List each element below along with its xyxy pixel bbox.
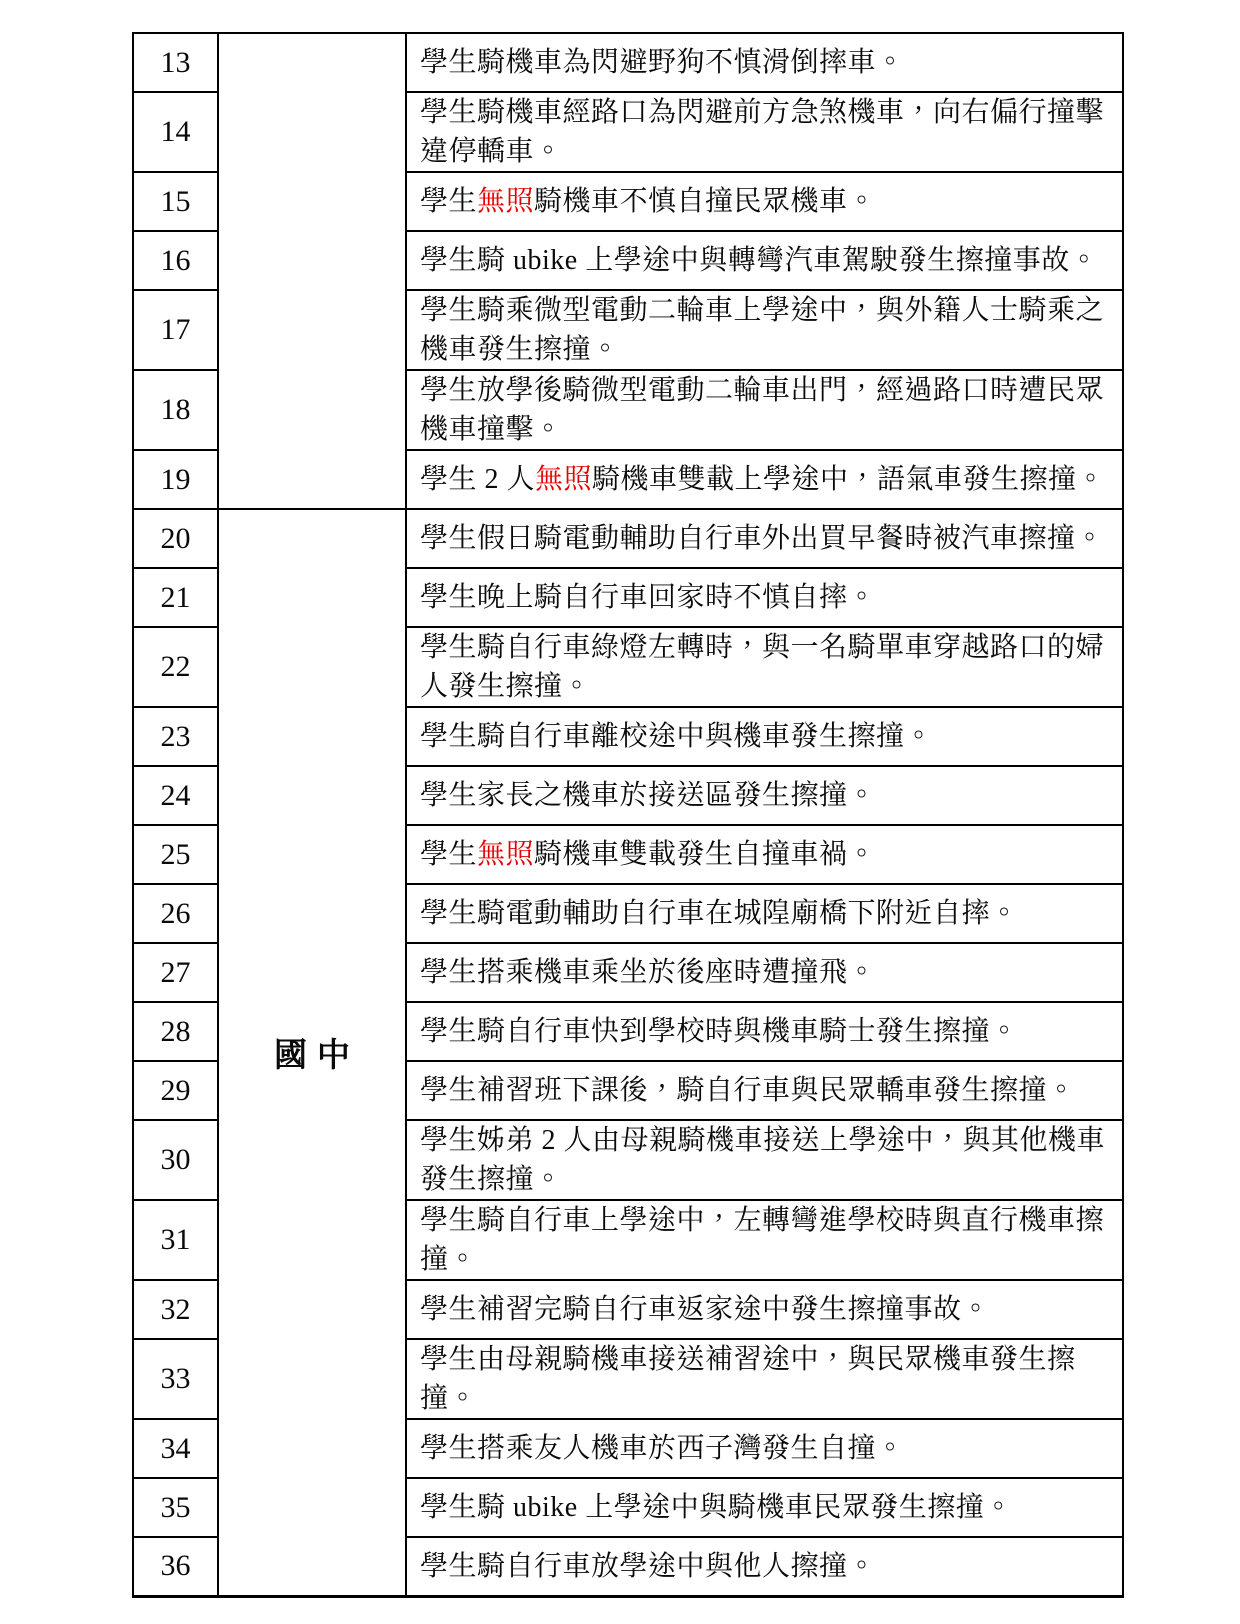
description-cell: 學生補習班下課後，騎自行車與民眾轎車發生擦撞。 <box>406 1061 1123 1120</box>
row-number-cell: 13 <box>133 33 218 92</box>
description-cell: 學生騎機車經路口為閃避前方急煞機車，向右偏行撞擊違停轎車。 <box>406 92 1123 172</box>
description-cell: 學生騎自行車快到學校時與機車騎士發生擦撞。 <box>406 1002 1123 1061</box>
description-cell: 學生搭乘友人機車於西子灣發生自撞。 <box>406 1419 1123 1478</box>
description-cell: 學生騎自行車綠燈左轉時，與一名騎單車穿越路口的婦人發生擦撞。 <box>406 627 1123 707</box>
description-text: 學生家長之機車於接送區發生擦撞。 <box>420 780 876 811</box>
description-cell: 學生騎 ubike 上學途中與轉彎汽車駕駛發生擦撞事故。 <box>406 231 1123 290</box>
row-number-cell: 34 <box>133 1419 218 1478</box>
description-text: 學生騎乘微型電動二輪車上學途中，與外籍人士騎乘之機車發生擦撞。 <box>420 295 1104 365</box>
description-cell: 學生無照騎機車不慎自撞民眾機車。 <box>406 172 1123 231</box>
description-text: 學生 2 人 <box>420 464 535 495</box>
row-number-cell: 20 <box>133 509 218 568</box>
description-text: 學生放學後騎微型電動二輪車出門，經過路口時遭民眾機車撞擊。 <box>420 375 1104 445</box>
row-number-cell: 29 <box>133 1061 218 1120</box>
description-text: 學生補習完騎自行車返家途中發生擦撞事故。 <box>420 1294 990 1325</box>
row-number-cell: 23 <box>133 707 218 766</box>
row-number-cell: 30 <box>133 1120 218 1200</box>
description-text: 騎機車雙載上學途中，語氣車發生擦撞。 <box>592 464 1105 495</box>
description-cell: 學生騎電動輔助自行車在城隍廟橋下附近自摔。 <box>406 884 1123 943</box>
description-text: 學生補習班下課後，騎自行車與民眾轎車發生擦撞。 <box>420 1075 1076 1106</box>
description-text: 騎機車雙載發生自撞車禍。 <box>534 839 876 870</box>
description-cell: 學生無照騎機車雙載發生自撞車禍。 <box>406 825 1123 884</box>
description-cell: 學生騎機車為閃避野狗不慎滑倒摔車。 <box>406 33 1123 92</box>
row-number-cell: 14 <box>133 92 218 172</box>
description-cell: 學生補習完騎自行車返家途中發生擦撞事故。 <box>406 1280 1123 1339</box>
description-text: 學生騎自行車快到學校時與機車騎士發生擦撞。 <box>420 1016 1019 1047</box>
row-number-cell: 21 <box>133 568 218 627</box>
description-text: 學生搭乘機車乘坐於後座時遭撞飛。 <box>420 957 876 988</box>
unlicensed-highlight: 無照 <box>535 464 592 495</box>
row-number-cell: 19 <box>133 450 218 509</box>
unlicensed-highlight: 無照 <box>477 839 534 870</box>
description-cell: 學生假日騎電動輔助自行車外出買早餐時被汽車擦撞。 <box>406 509 1123 568</box>
row-number-cell: 31 <box>133 1200 218 1280</box>
description-text: 學生 <box>420 186 477 217</box>
row-number-cell: 25 <box>133 825 218 884</box>
description-text: 學生騎 ubike 上學途中與騎機車民眾發生擦撞。 <box>420 1492 1013 1523</box>
row-number-cell: 26 <box>133 884 218 943</box>
row-number-cell: 22 <box>133 627 218 707</box>
document-page: 13學生騎機車為閃避野狗不慎滑倒摔車。14學生騎機車經路口為閃避前方急煞機車，向… <box>0 0 1240 1624</box>
row-number-cell: 36 <box>133 1537 218 1596</box>
description-cell: 學生晚上騎自行車回家時不慎自摔。 <box>406 568 1123 627</box>
row-number-cell: 18 <box>133 370 218 450</box>
row-number-cell: 33 <box>133 1339 218 1419</box>
table-row: 13學生騎機車為閃避野狗不慎滑倒摔車。 <box>133 33 1123 92</box>
description-text: 學生假日騎電動輔助自行車外出買早餐時被汽車擦撞。 <box>420 523 1104 554</box>
school-level-cell: 國中 <box>218 509 406 1596</box>
row-number-cell: 27 <box>133 943 218 1002</box>
description-cell: 學生搭乘機車乘坐於後座時遭撞飛。 <box>406 943 1123 1002</box>
description-text: 騎機車不慎自撞民眾機車。 <box>534 186 876 217</box>
row-number-cell: 35 <box>133 1478 218 1537</box>
description-cell: 學生姊弟 2 人由母親騎機車接送上學途中，與其他機車發生擦撞。 <box>406 1120 1123 1200</box>
description-cell: 學生家長之機車於接送區發生擦撞。 <box>406 766 1123 825</box>
description-text: 學生晚上騎自行車回家時不慎自摔。 <box>420 582 876 613</box>
unlicensed-highlight: 無照 <box>477 186 534 217</box>
description-cell: 學生騎自行車離校途中與機車發生擦撞。 <box>406 707 1123 766</box>
description-text: 學生騎電動輔助自行車在城隍廟橋下附近自摔。 <box>420 898 1019 929</box>
description-text: 學生騎自行車綠燈左轉時，與一名騎單車穿越路口的婦人發生擦撞。 <box>420 632 1104 702</box>
accident-table-body: 13學生騎機車為閃避野狗不慎滑倒摔車。14學生騎機車經路口為閃避前方急煞機車，向… <box>133 33 1123 1596</box>
description-text: 學生騎自行車上學途中，左轉彎進學校時與直行機車擦撞。 <box>420 1205 1104 1275</box>
description-cell: 學生騎自行車放學途中與他人擦撞。 <box>406 1537 1123 1596</box>
description-text: 學生騎機車經路口為閃避前方急煞機車，向右偏行撞擊違停轎車。 <box>420 97 1104 167</box>
school-level-cell <box>218 33 406 509</box>
row-number-cell: 32 <box>133 1280 218 1339</box>
row-number-cell: 15 <box>133 172 218 231</box>
row-number-cell: 16 <box>133 231 218 290</box>
description-cell: 學生騎自行車上學途中，左轉彎進學校時與直行機車擦撞。 <box>406 1200 1123 1280</box>
description-text: 學生騎自行車放學途中與他人擦撞。 <box>420 1551 876 1582</box>
row-number-cell: 17 <box>133 290 218 370</box>
table-row: 20國中學生假日騎電動輔助自行車外出買早餐時被汽車擦撞。 <box>133 509 1123 568</box>
description-cell: 學生騎乘微型電動二輪車上學途中，與外籍人士騎乘之機車發生擦撞。 <box>406 290 1123 370</box>
description-text: 學生由母親騎機車接送補習途中，與民眾機車發生擦撞。 <box>420 1344 1076 1414</box>
description-text: 學生姊弟 2 人由母親騎機車接送上學途中，與其他機車發生擦撞。 <box>420 1125 1105 1195</box>
accident-table: 13學生騎機車為閃避野狗不慎滑倒摔車。14學生騎機車經路口為閃避前方急煞機車，向… <box>132 32 1124 1598</box>
description-cell: 學生由母親騎機車接送補習途中，與民眾機車發生擦撞。 <box>406 1339 1123 1419</box>
description-text: 學生騎 ubike 上學途中與轉彎汽車駕駛發生擦撞事故。 <box>420 245 1098 276</box>
description-cell: 學生騎 ubike 上學途中與騎機車民眾發生擦撞。 <box>406 1478 1123 1537</box>
description-cell: 學生放學後騎微型電動二輪車出門，經過路口時遭民眾機車撞擊。 <box>406 370 1123 450</box>
description-text: 學生 <box>420 839 477 870</box>
row-number-cell: 24 <box>133 766 218 825</box>
description-text: 學生騎自行車離校途中與機車發生擦撞。 <box>420 721 933 752</box>
description-cell: 學生 2 人無照騎機車雙載上學途中，語氣車發生擦撞。 <box>406 450 1123 509</box>
row-number-cell: 28 <box>133 1002 218 1061</box>
description-text: 學生搭乘友人機車於西子灣發生自撞。 <box>420 1433 905 1464</box>
description-text: 學生騎機車為閃避野狗不慎滑倒摔車。 <box>420 47 905 78</box>
